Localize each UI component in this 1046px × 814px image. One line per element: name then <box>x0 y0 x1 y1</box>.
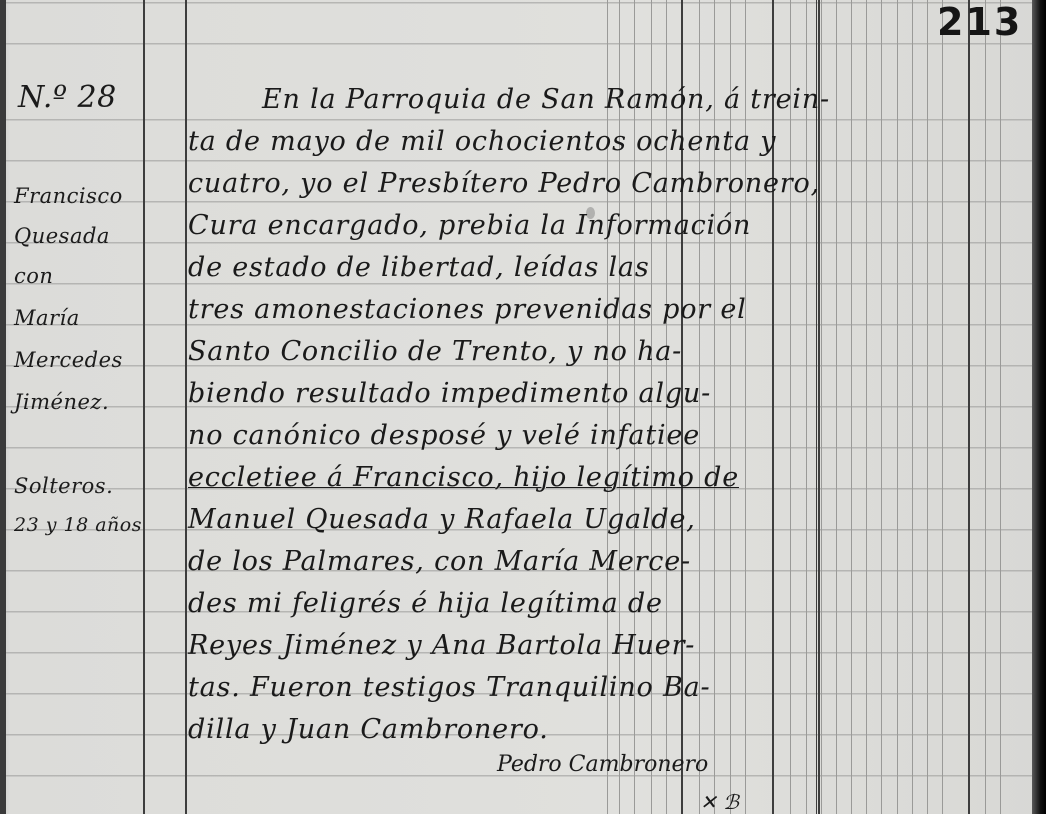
body-line: de los Palmares, con María Merce- <box>188 546 691 577</box>
body-line: tres amonestaciones prevenidas por el <box>188 294 747 325</box>
ledger-rule <box>821 0 822 814</box>
body-line: des mi feligrés é hija legítima de <box>188 588 663 619</box>
ledger-rule <box>912 0 913 814</box>
body-line: de estado de libertad, leídas las <box>188 252 650 283</box>
ledger-rule <box>816 0 817 814</box>
body-line: Manuel Quesada y Rafaela Ugalde, <box>188 504 696 535</box>
body-line: En la Parroquia de San Ramón, á trein- <box>262 84 830 115</box>
ledger-rule <box>985 0 986 814</box>
body-line: no canónico desposé y velé infatiee <box>188 420 700 451</box>
margin-bride-surname: Jiménez. <box>14 390 109 414</box>
body-line: cuatro, yo el Presbítero Pedro Cambroner… <box>188 168 820 199</box>
ledger-rule <box>927 0 928 814</box>
body-line: Reyes Jiménez y Ana Bartola Huer- <box>188 630 695 661</box>
ledger-rule <box>714 0 715 814</box>
ledger-rule <box>836 0 837 814</box>
page-number: 213 <box>937 0 1022 44</box>
body-line: Santo Concilio de Trento, y no ha- <box>188 336 682 367</box>
entry-number: N.º 28 <box>18 80 117 115</box>
signature-rubric: ✕ ℬ <box>700 790 739 814</box>
ledger-rule <box>790 0 791 814</box>
body-line: eccletiee á Francisco, hijo legítimo de <box>188 462 739 493</box>
margin-bride-second-name: Mercedes <box>14 348 123 372</box>
ledger-rule <box>851 0 852 814</box>
ledger-rule <box>1000 0 1001 814</box>
page-right-edge <box>1032 0 1046 814</box>
ledger-rule <box>942 0 943 814</box>
margin-groom-surname: Quesada <box>14 224 110 248</box>
ledger-rule-bold <box>772 0 774 814</box>
ledger-rule <box>881 0 882 814</box>
body-column-rule <box>185 0 187 814</box>
margin-column: N.º 28 Francisco Quesada con María Merce… <box>10 0 145 814</box>
margin-con: con <box>14 264 53 288</box>
margin-ages: 23 y 18 años <box>14 514 142 536</box>
ledger-rule <box>897 0 898 814</box>
margin-marital-status: Solteros. <box>14 474 113 498</box>
ledger-rule-bold <box>968 0 970 814</box>
ledger-rule-bold <box>818 0 820 814</box>
page-left-edge <box>0 0 6 814</box>
body-line: biendo resultado impedimento algu- <box>188 378 711 409</box>
ledger-rule <box>866 0 867 814</box>
register-page: 213 N.º 28 Francisco Quesada con María M… <box>0 0 1046 814</box>
body-line: tas. Fueron testigos Tranquilino Ba- <box>188 672 710 703</box>
ledger-rule <box>806 0 807 814</box>
margin-groom-first-name: Francisco <box>14 184 123 208</box>
ledger-rule <box>745 0 746 814</box>
priest-signature: Pedro Cambronero <box>497 752 708 777</box>
body-line: Cura encargado, prebia la Información <box>188 210 751 241</box>
body-line: ta de mayo de mil ochocientos ochenta y <box>188 126 776 157</box>
ledger-rule <box>730 0 731 814</box>
body-line: dilla y Juan Cambronero. <box>188 714 549 745</box>
margin-bride-first-name: María <box>14 306 80 330</box>
